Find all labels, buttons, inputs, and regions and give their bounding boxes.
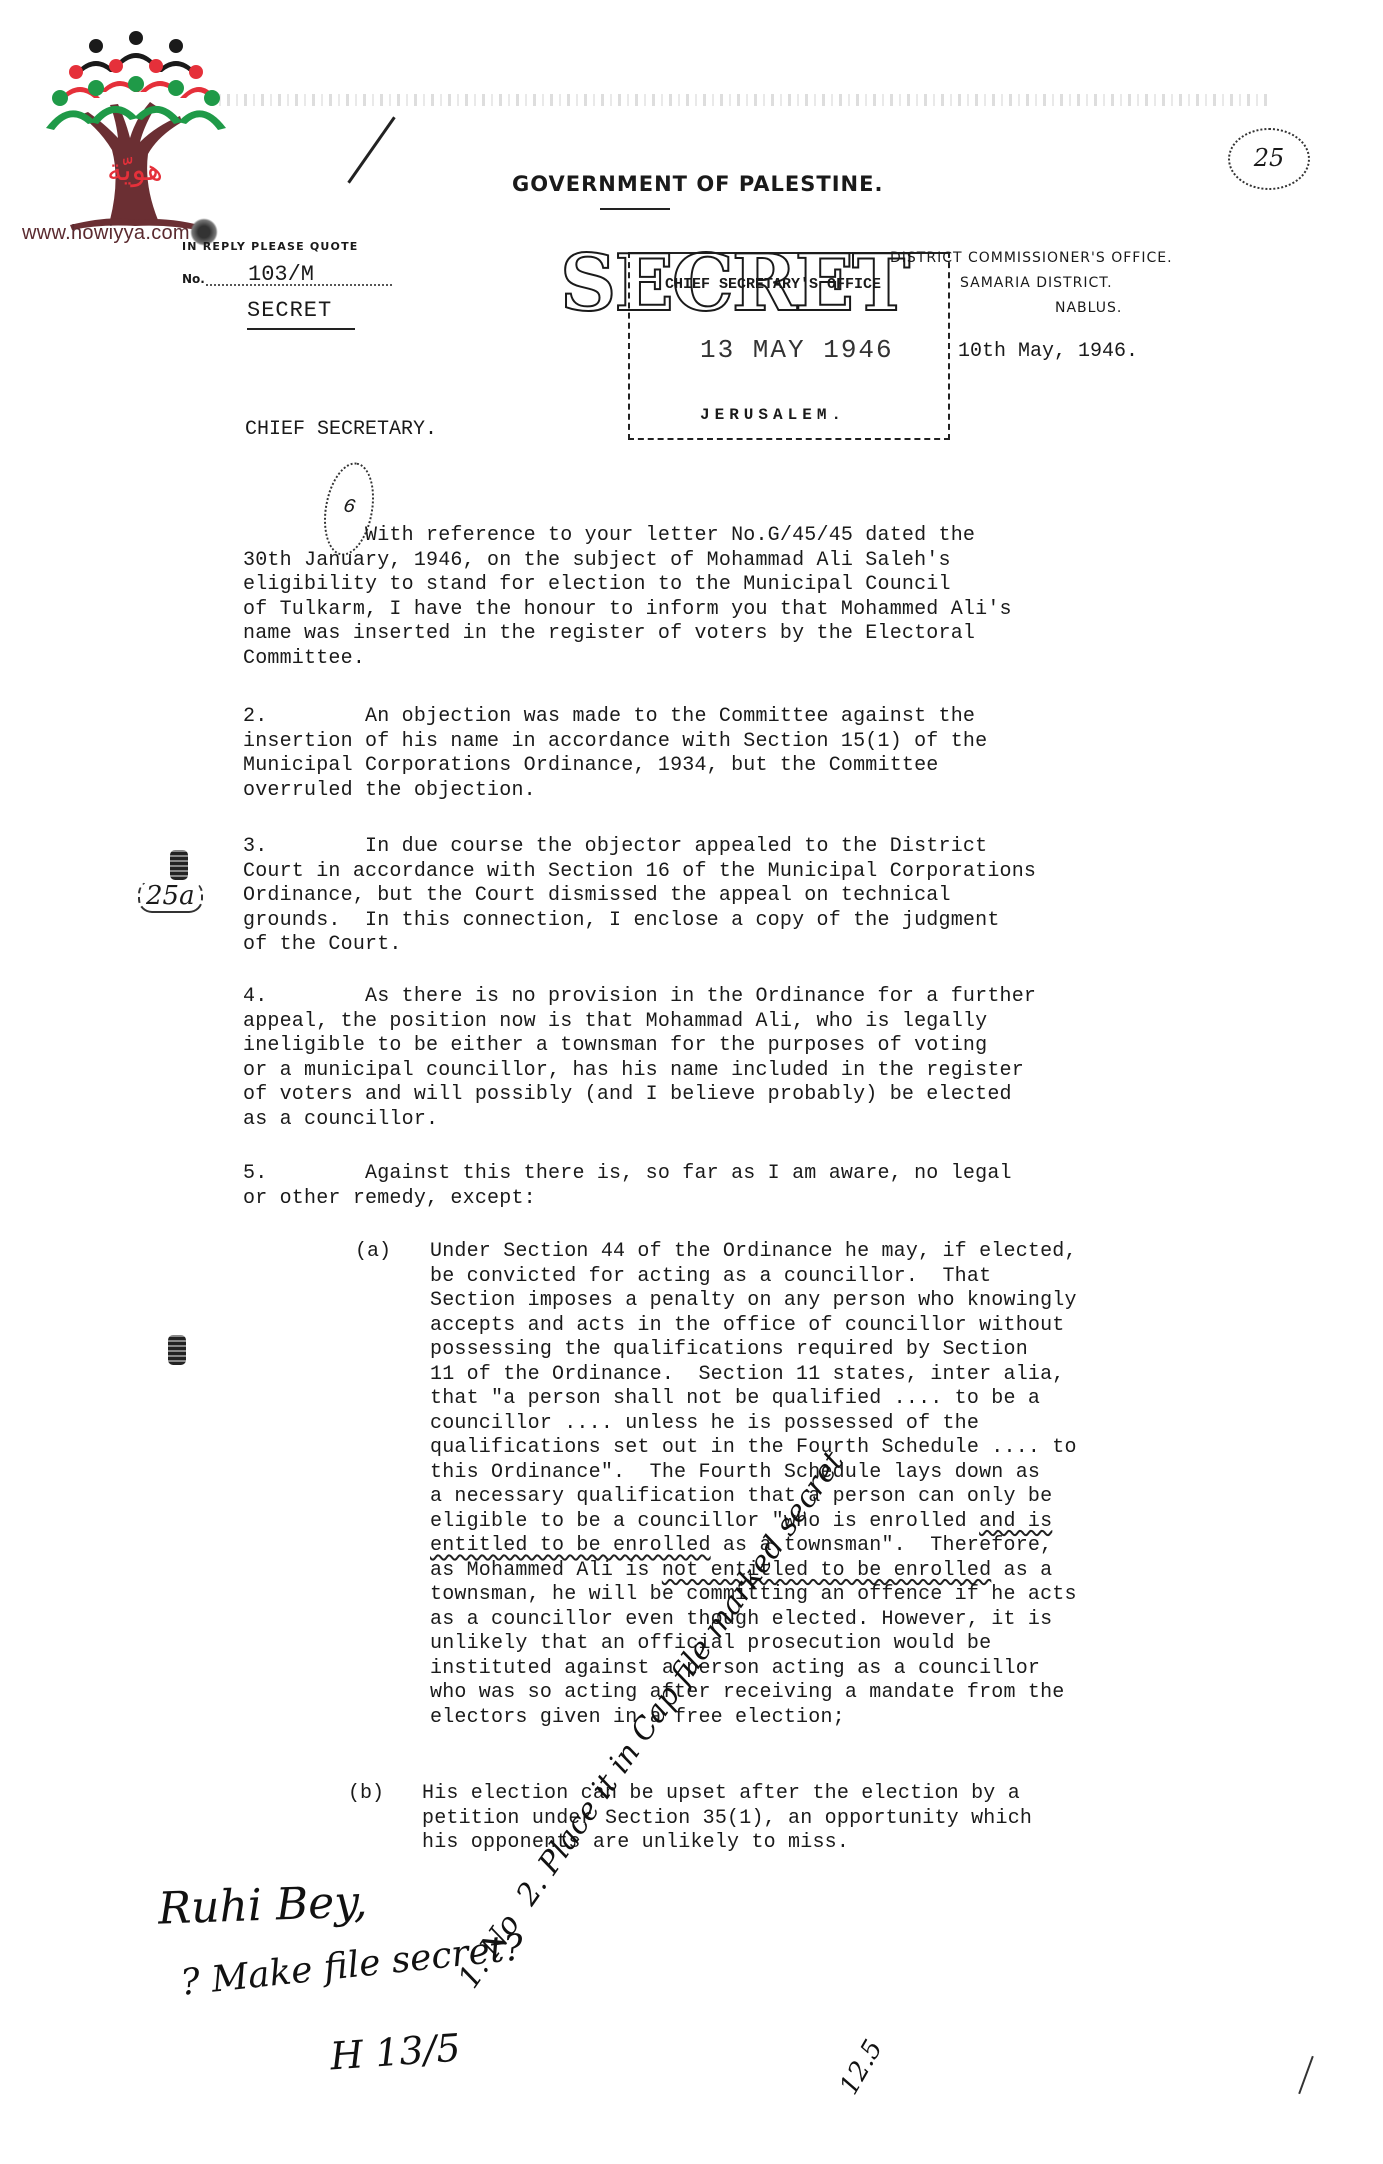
reply-quote-label: IN REPLY PLEASE QUOTE [182,240,358,253]
paragraph-1: With reference to your letter No.G/45/45… [243,524,1012,671]
sender-office-address: DISTRICT COMMISSIONER'S OFFICE. SAMARIA … [890,246,1173,321]
underlined-phrase-2: not entitled to be enrolled [662,1559,991,1582]
sub-item-a-text: Under Section 44 of the Ordinance he may… [430,1240,1077,1730]
reference-label: No. [182,272,205,286]
stamp-received-date: 13 MAY 1946 [700,335,894,365]
addressee: CHIEF SECRETARY. [245,418,437,441]
office-line-2: SAMARIA DISTRICT. [890,271,1173,296]
margin-note: 25a [138,880,203,913]
staple-mark-icon [170,850,188,880]
handwritten-initials: H 13/5 [329,2025,462,2078]
government-heading: GOVERNMENT OF PALESTINE. [512,172,883,196]
paragraph-2: 2. An objection was made to the Committe… [243,705,987,803]
paragraph-3: 3. In due course the objector appealed t… [243,835,1036,958]
sub-item-a-part-1: Under Section 44 of the Ordinance he may… [430,1240,1077,1533]
sub-item-b-label: (b) [348,1782,384,1805]
classification-label: SECRET [247,298,332,323]
letter-date: 10th May, 1946. [958,340,1138,363]
stamp-city: JERUSALEM. [700,406,846,424]
staple-mark-icon [168,1335,186,1365]
scan-noise-strip [210,94,1270,106]
office-line-3: NABLUS. [890,296,1173,321]
handwritten-greeting: Ruhi Bey, [157,1876,368,1934]
paragraph-5: 5. Against this there is, so far as I am… [243,1162,1012,1211]
classification-underline [247,328,355,330]
folio-number: 25 [1228,128,1310,190]
watermark-url: www.howiyya.com [22,222,190,245]
secret-stamp: SECRET [560,238,908,329]
howiyya-logo: هويّة [40,30,230,240]
reference-number: 103/M [248,262,314,287]
sub-item-a-label: (a) [355,1240,391,1263]
svg-text:هويّة: هويّة [107,153,163,188]
heading-underline [600,208,670,210]
pen-tick-mark [347,116,395,183]
pen-stroke-mark [1298,2056,1314,2094]
sub-item-b-text: His election can be upset after the elec… [422,1782,1032,1856]
paragraph-4: 4. As there is no provision in the Ordin… [243,985,1036,1132]
office-line-1: DISTRICT COMMISSIONER'S OFFICE. [890,246,1173,271]
handwritten-date: 12.5 [834,2035,889,2100]
